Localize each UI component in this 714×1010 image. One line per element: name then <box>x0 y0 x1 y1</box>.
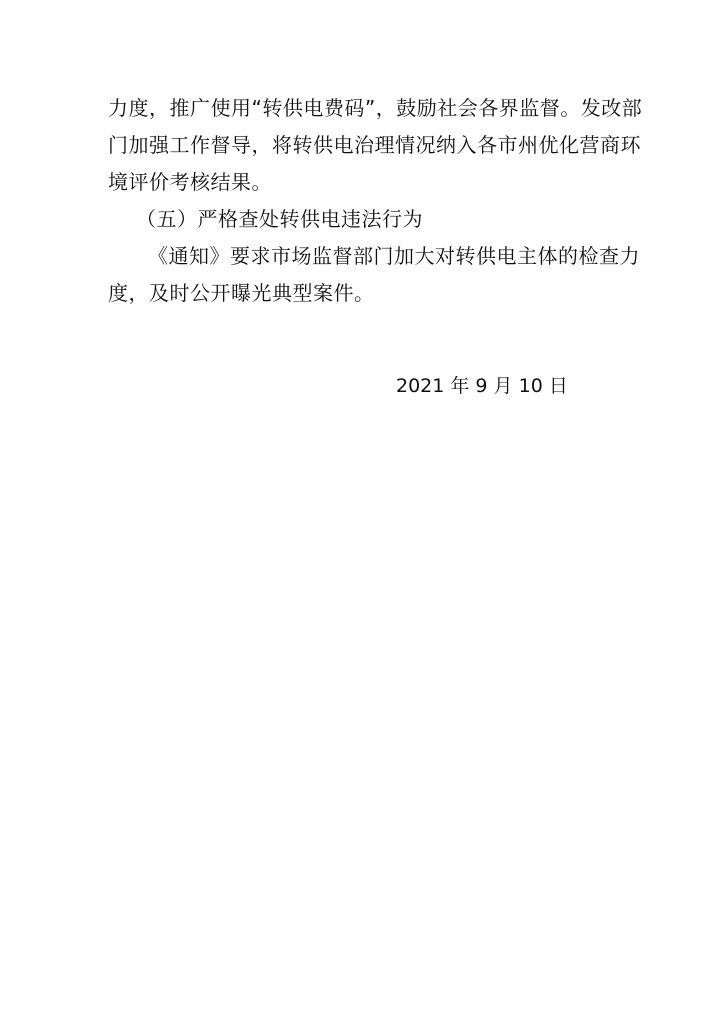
document-page: 力度，推广使用“转供电费码”，鼓励社会各界监督。发改部 门加强工作督导，将转供电… <box>0 0 714 1010</box>
paragraph-line: 力度，推广使用“转供电费码”，鼓励社会各界监督。发改部 <box>108 96 642 120</box>
paragraph-line: 《通知》要求市场监督部门加大对转供电主体的检查力 <box>148 244 640 268</box>
paragraph-line: 境评价考核结果。 <box>108 170 272 194</box>
section-heading: （五）严格查处转供电违法行为 <box>136 207 423 231</box>
paragraph-line: 度，及时公开曝光典型案件。 <box>108 281 375 305</box>
document-date: 2021 年 9 月 10 日 <box>396 374 568 398</box>
paragraph-line: 门加强工作督导，将转供电治理情况纳入各市州优化营商环 <box>108 133 641 157</box>
